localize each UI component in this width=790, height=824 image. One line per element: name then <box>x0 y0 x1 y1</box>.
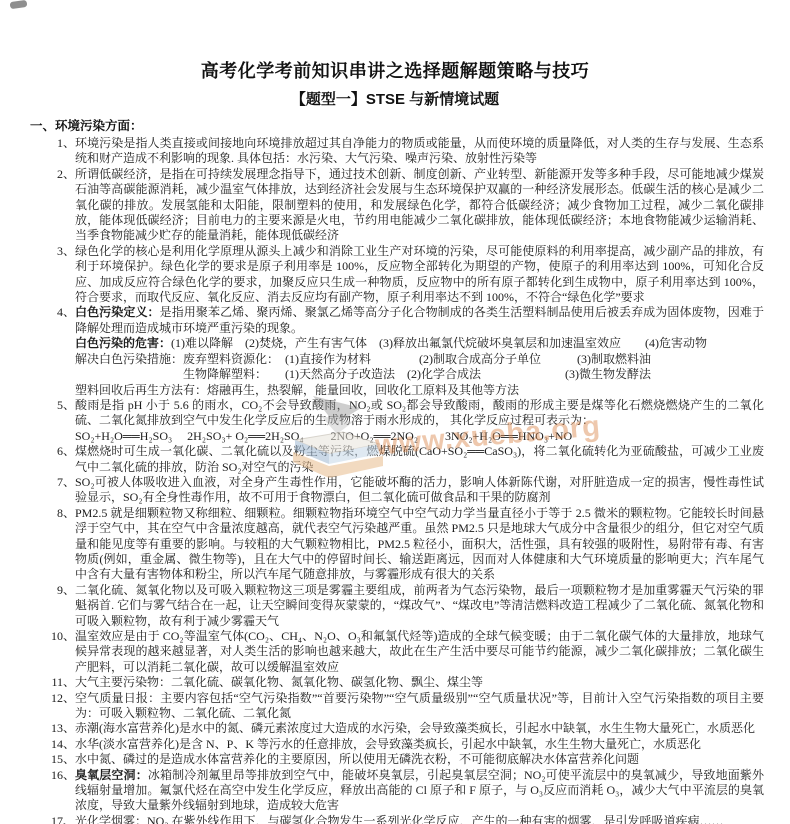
item-number: 8、 <box>30 506 75 583</box>
item-text-span: 光化学烟雾：NO₂ 在紫外线作用下，与碳氢化合物发生一系列光化学反应，产生的一种… <box>75 814 724 824</box>
item-text-span: 所谓低碳经济，是指在可持续发展理念指导下，通过技术创新、制度创新、产业转型、新能… <box>75 167 764 243</box>
list-item: 16、臭氧层空洞：冰箱制冷剂氟里昂等排放到空气中，能破坏臭氧层，引起臭氧层空洞；… <box>30 768 764 814</box>
item-body: 温室效应是由于 CO₂等温室气体(CO₂、CH₄、N₂O、O₃和氟氯代烃等)造成… <box>75 629 764 675</box>
page-subtitle: 【题型一】STSE 与新情境试题 <box>0 88 790 109</box>
document-page: 高考化学考前知识串讲之选择题解题策略与技巧 【题型一】STSE 与新情境试题 一… <box>0 0 790 824</box>
item-body: 水中氮、磷过的是造成水体富营养化的主要原因，所以使用无磷洗衣粉，不可能彻底解决水… <box>75 752 764 767</box>
list-item: 14、水华(淡水富营养化)是含 N、P、K 等污水的任意排放，会导致藻类疯长，引… <box>30 737 764 752</box>
scan-artifact <box>10 0 28 9</box>
item-number: 7、 <box>30 475 75 506</box>
item-lead: 白色污染的危害： <box>75 336 171 350</box>
item-text-span: 大气主要污染物：二氧化硫、碳氧化物、氮氧化物、碳氢化物、飘尘、煤尘等 <box>75 675 483 689</box>
item-text: 煤燃烧时可生成一氧化碳、二氧化硫以及粉尘等污染，燃煤脱硫(CaO+SO₂══Ca… <box>75 444 764 475</box>
item-number: 12、 <box>30 691 75 722</box>
item-text-span: SO₂可被人体吸收进入血液，对全身产生毒性作用，它能破坏酶的活力，影响人体新陈代… <box>75 475 764 504</box>
list-item: 2、所谓低碳经济，是指在可持续发展理念指导下，通过技术创新、制度创新、产业转型、… <box>30 167 764 244</box>
item-text-span: 环境污染是指人类直接或间接地向环境排放超过其自净能力的物质或能量，从而使环境的质… <box>75 136 764 165</box>
item-text: 酸雨是指 pH 小于 5.6 的雨水，CO₂不会导致酸雨，NO₂或 SO₂都会导… <box>75 398 764 429</box>
item-text-span: 是指用聚苯乙烯、聚丙烯、聚氯乙烯等高分子化合物制成的各类生活塑料制品使用后被丢弃… <box>75 305 764 334</box>
item-text-span: 温室效应是由于 CO₂等温室气体(CO₂、CH₄、N₂O、O₃和氟氯代烃等)造成… <box>75 629 764 674</box>
item-text-span: 煤燃烧时可生成一氧化碳、二氧化硫以及粉尘等污染，燃煤脱硫(CaO+SO₂══Ca… <box>75 444 764 473</box>
item-body: 环境污染是指人类直接或间接地向环境排放超过其自净能力的物质或能量，从而使环境的质… <box>75 136 764 167</box>
item-number: 11、 <box>30 675 75 690</box>
item-text: 绿色化学的核心是利用化学原理从源头上减少和消除工业生产对环境的污染，尽可能使原料… <box>75 244 764 306</box>
list-item: 6、煤燃烧时可生成一氧化碳、二氧化硫以及粉尘等污染，燃煤脱硫(CaO+SO₂══… <box>30 444 764 475</box>
item-text: 解决白色污染措施：废弃塑料资源化： (1)直接作为材料 (2)制取合成高分子单位… <box>75 352 764 367</box>
section-heading: 一、环境污染方面： <box>30 116 790 134</box>
item-text-span: 解决白色污染措施：废弃塑料资源化： (1)直接作为材料 (2)制取合成高分子单位… <box>75 352 651 366</box>
item-text: 白色污染定义：是指用聚苯乙烯、聚丙烯、聚氯乙烯等高分子化合物制成的各类生活塑料制… <box>75 305 764 336</box>
item-text: 光化学烟雾：NO₂ 在紫外线作用下，与碳氢化合物发生一系列光化学反应，产生的一种… <box>75 814 764 824</box>
item-body: 煤燃烧时可生成一氧化碳、二氧化硫以及粉尘等污染，燃煤脱硫(CaO+SO₂══Ca… <box>75 444 764 475</box>
item-text: 水华(淡水富营养化)是含 N、P、K 等污水的任意排放，会导致藻类疯长，引起水中… <box>75 737 764 752</box>
item-text: SO₂+H₂O══H₂SO₃ 2H₂SO₃+ O₂══2H₂SO₄ 2NO+O₂… <box>75 429 764 444</box>
list-item: 9、二氧化硫、氮氧化物以及可吸入颗粒物这三项是雾霾主要组成，前两者为气态污染物，… <box>30 583 764 629</box>
item-text: 温室效应是由于 CO₂等温室气体(CO₂、CH₄、N₂O、O₃和氟氯代烃等)造成… <box>75 629 764 675</box>
item-text-span: PM2.5 就是细颗粒物又称细粒、细颗粒。细颗粒物指环境空气中空气动力学当量直径… <box>75 506 764 582</box>
item-text: 塑料回收后再生方法有：熔融再生，热裂解，能量回收，回收化工原料及其他等方法 <box>75 383 764 398</box>
item-number: 10、 <box>30 629 75 675</box>
item-text: PM2.5 就是细颗粒物又称细粒、细颗粒。细颗粒物指环境空气中空气动力学当量直径… <box>75 506 764 583</box>
item-text: 空气质量日报：主要内容包括“空气污染指数”“首要污染物”“空气质量级别”“空气质… <box>75 691 764 722</box>
item-text: 白色污染的危害：(1)难以降解 (2)焚烧，产生有害气体 (3)释放出氟氯代烷破… <box>75 336 764 351</box>
list-item: 17、光化学烟雾：NO₂ 在紫外线作用下，与碳氢化合物发生一系列光化学反应，产生… <box>30 814 764 824</box>
list-item: 15、水中氮、磷过的是造成水体富营养化的主要原因，所以使用无磷洗衣粉，不可能彻底… <box>30 752 764 767</box>
item-text-span: 空气质量日报：主要内容包括“空气污染指数”“首要污染物”“空气质量级别”“空气质… <box>75 691 764 720</box>
list-item: 13、赤潮(海水富营养化)是水中的氮、磷元素浓度过大造成的水污染，会导致藻类疯长… <box>30 721 764 736</box>
list-item: 4、白色污染定义：是指用聚苯乙烯、聚丙烯、聚氯乙烯等高分子化合物制成的各类生活塑… <box>30 305 764 397</box>
item-number: 9、 <box>30 583 75 629</box>
list-item: 12、空气质量日报：主要内容包括“空气污染指数”“首要污染物”“空气质量级别”“… <box>30 691 764 722</box>
item-number: 5、 <box>30 398 75 444</box>
list-item: 7、SO₂可被人体吸收进入血液，对全身产生毒性作用，它能破坏酶的活力，影响人体新… <box>30 475 764 506</box>
item-text: 臭氧层空洞：冰箱制冷剂氟里昂等排放到空气中，能破坏臭氧层，引起臭氧层空洞；NO₂… <box>75 768 764 814</box>
item-number: 17、 <box>30 814 75 824</box>
page-title: 高考化学考前知识串讲之选择题解题策略与技巧 <box>0 57 790 83</box>
item-number: 6、 <box>30 444 75 475</box>
item-text-span: 冰箱制冷剂氟里昂等排放到空气中，能破坏臭氧层，引起臭氧层空洞；NO₂可使平流层中… <box>75 768 764 813</box>
item-number: 16、 <box>30 768 75 814</box>
item-body: 酸雨是指 pH 小于 5.6 的雨水，CO₂不会导致酸雨，NO₂或 SO₂都会导… <box>75 398 764 444</box>
list-item: 8、PM2.5 就是细颗粒物又称细粒、细颗粒。细颗粒物指环境空气中空气动力学当量… <box>30 506 764 583</box>
list-item: 5、酸雨是指 pH 小于 5.6 的雨水，CO₂不会导致酸雨，NO₂或 SO₂都… <box>30 398 764 444</box>
item-body: 绿色化学的核心是利用化学原理从源头上减少和消除工业生产对环境的污染，尽可能使原料… <box>75 244 764 306</box>
item-body: 空气质量日报：主要内容包括“空气污染指数”“首要污染物”“空气质量级别”“空气质… <box>75 691 764 722</box>
item-body: 二氧化硫、氮氧化物以及可吸入颗粒物这三项是雾霾主要组成，前两者为气态污染物，最后… <box>75 583 764 629</box>
item-text-span: 赤潮(海水富营养化)是水中的氮、磷元素浓度过大造成的水污染，会导致藻类疯长，引起… <box>75 721 755 735</box>
item-number: 2、 <box>30 167 75 244</box>
item-lead: 臭氧层空洞： <box>75 768 148 782</box>
item-text-span: 生物降解塑料： (1)天然高分子改造法 (2)化学合成法 (3)微生物发酵法 <box>75 367 651 381</box>
item-text-span: 水中氮、磷过的是造成水体富营养化的主要原因，所以使用无磷洗衣粉，不可能彻底解决水… <box>75 752 639 766</box>
item-body: 臭氧层空洞：冰箱制冷剂氟里昂等排放到空气中，能破坏臭氧层，引起臭氧层空洞；NO₂… <box>75 768 764 814</box>
item-body: PM2.5 就是细颗粒物又称细粒、细颗粒。细颗粒物指环境空气中空气动力学当量直径… <box>75 506 764 583</box>
item-text: 大气主要污染物：二氧化硫、碳氧化物、氮氧化物、碳氢化物、飘尘、煤尘等 <box>75 675 764 690</box>
item-number: 1、 <box>30 136 75 167</box>
item-text-span: (1)难以降解 (2)焚烧，产生有害气体 (3)释放出氟氯代烷破坏臭氧层和加速温… <box>171 336 707 350</box>
item-lead: 白色污染定义： <box>75 305 160 319</box>
item-text-span: SO₂+H₂O══H₂SO₃ 2H₂SO₃+ O₂══2H₂SO₄ 2NO+O₂… <box>75 429 572 443</box>
item-text-span: 绿色化学的核心是利用化学原理从源头上减少和消除工业生产对环境的污染，尽可能使原料… <box>75 244 764 304</box>
item-text: 水中氮、磷过的是造成水体富营养化的主要原因，所以使用无磷洗衣粉，不可能彻底解决水… <box>75 752 764 767</box>
item-body: 所谓低碳经济，是指在可持续发展理念指导下，通过技术创新、制度创新、产业转型、新能… <box>75 167 764 244</box>
item-text: 生物降解塑料： (1)天然高分子改造法 (2)化学合成法 (3)微生物发酵法 <box>75 367 764 382</box>
list-item: 10、温室效应是由于 CO₂等温室气体(CO₂、CH₄、N₂O、O₃和氟氯代烃等… <box>30 629 764 675</box>
item-text: 所谓低碳经济，是指在可持续发展理念指导下，通过技术创新、制度创新、产业转型、新能… <box>75 167 764 244</box>
item-body: SO₂可被人体吸收进入血液，对全身产生毒性作用，它能破坏酶的活力，影响人体新陈代… <box>75 475 764 506</box>
item-body: 光化学烟雾：NO₂ 在紫外线作用下，与碳氢化合物发生一系列光化学反应，产生的一种… <box>75 814 764 824</box>
item-number: 3、 <box>30 244 75 306</box>
item-text: 环境污染是指人类直接或间接地向环境排放超过其自净能力的物质或能量，从而使环境的质… <box>75 136 764 167</box>
item-number: 13、 <box>30 721 75 736</box>
item-list: 1、环境污染是指人类直接或间接地向环境排放超过其自净能力的物质或能量，从而使环境… <box>30 136 764 824</box>
item-body: 赤潮(海水富营养化)是水中的氮、磷元素浓度过大造成的水污染，会导致藻类疯长，引起… <box>75 721 764 736</box>
item-text-span: 水华(淡水富营养化)是含 N、P、K 等污水的任意排放，会导致藻类疯长，引起水中… <box>75 737 701 751</box>
item-text-span: 二氧化硫、氮氧化物以及可吸入颗粒物这三项是雾霾主要组成，前两者为气态污染物，最后… <box>75 583 764 628</box>
item-body: 水华(淡水富营养化)是含 N、P、K 等污水的任意排放，会导致藻类疯长，引起水中… <box>75 737 764 752</box>
item-text-span: 酸雨是指 pH 小于 5.6 的雨水，CO₂不会导致酸雨，NO₂或 SO₂都会导… <box>75 398 764 427</box>
item-body: 白色污染定义：是指用聚苯乙烯、聚丙烯、聚氯乙烯等高分子化合物制成的各类生活塑料制… <box>75 305 764 397</box>
item-text: 二氧化硫、氮氧化物以及可吸入颗粒物这三项是雾霾主要组成，前两者为气态污染物，最后… <box>75 583 764 629</box>
item-body: 大气主要污染物：二氧化硫、碳氧化物、氮氧化物、碳氢化物、飘尘、煤尘等 <box>75 675 764 690</box>
item-text: 赤潮(海水富营养化)是水中的氮、磷元素浓度过大造成的水污染，会导致藻类疯长，引起… <box>75 721 764 736</box>
item-number: 4、 <box>30 305 75 397</box>
item-number: 15、 <box>30 752 75 767</box>
item-number: 14、 <box>30 737 75 752</box>
item-text: SO₂可被人体吸收进入血液，对全身产生毒性作用，它能破坏酶的活力，影响人体新陈代… <box>75 475 764 506</box>
list-item: 3、绿色化学的核心是利用化学原理从源头上减少和消除工业生产对环境的污染，尽可能使… <box>30 244 764 306</box>
list-item: 11、大气主要污染物：二氧化硫、碳氧化物、氮氧化物、碳氢化物、飘尘、煤尘等 <box>30 675 764 690</box>
list-item: 1、环境污染是指人类直接或间接地向环境排放超过其自净能力的物质或能量，从而使环境… <box>30 136 764 167</box>
item-text-span: 塑料回收后再生方法有：熔融再生，热裂解，能量回收，回收化工原料及其他等方法 <box>75 383 519 397</box>
